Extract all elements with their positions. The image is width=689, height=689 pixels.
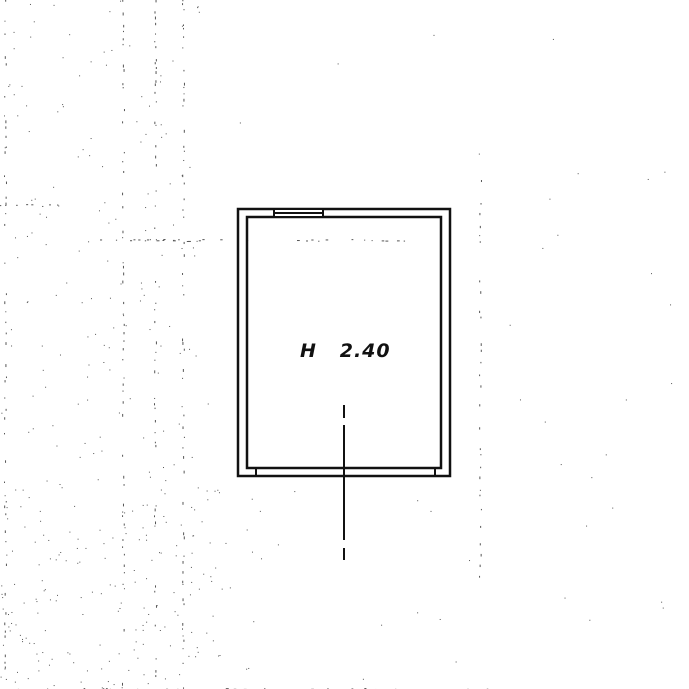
window-top-wall: [274, 209, 323, 217]
floor-plan-canvas: H 2.40: [0, 0, 689, 689]
room-height-label: H 2.40: [300, 340, 391, 362]
